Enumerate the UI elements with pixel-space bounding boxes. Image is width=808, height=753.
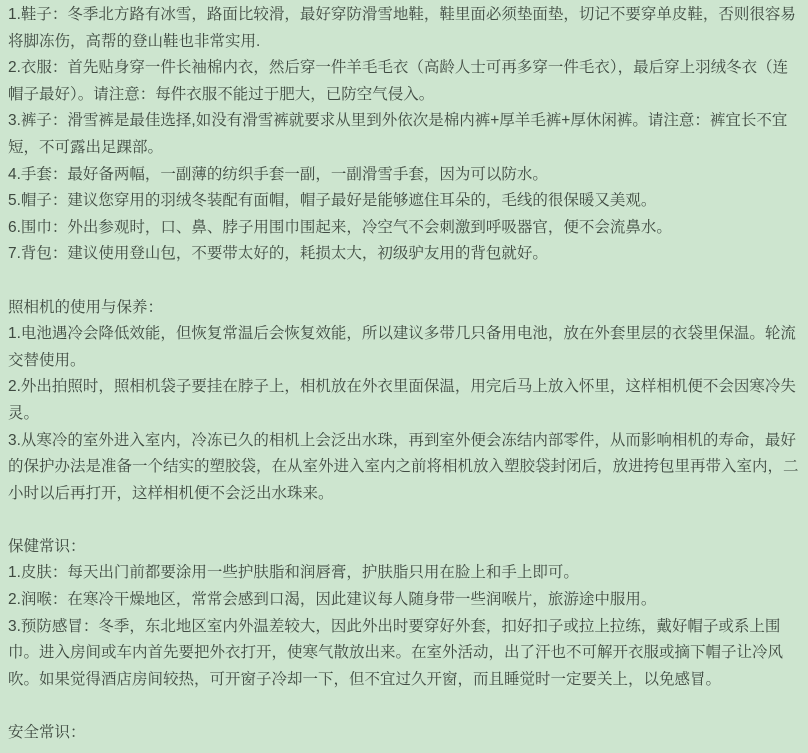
list-item: 1.鞋子：冬季北方路有冰雪，路面比较滑，最好穿防滑雪地鞋，鞋里面必须垫面垫，切记… bbox=[8, 2, 800, 55]
list-item: 2.衣服：首先贴身穿一件长袖棉内衣，然后穿一件羊毛毛衣（高龄人士可再多穿一件毛衣… bbox=[8, 55, 800, 108]
list-item: 5.帽子：建议您穿用的羽绒冬装配有面帽，帽子最好是能够遮住耳朵的，毛线的很保暖又… bbox=[8, 188, 800, 215]
list-item: 2.润喉：在寒冷干燥地区，常常会感到口渴，因此建议每人随身带一些润喉片，旅游途中… bbox=[8, 587, 800, 614]
section-safety-tips: 安全常识： bbox=[8, 720, 800, 747]
list-item: 6.围巾：外出参观时，口、鼻、脖子用围巾围起来，冷空气不会刺激到呼吸器官，便不会… bbox=[8, 215, 800, 242]
list-item: 4.手套：最好备两幅，一副薄的纺织手套一副，一副滑雪手套，因为可以防水。 bbox=[8, 162, 800, 189]
section-heading: 照相机的使用与保养： bbox=[8, 295, 800, 322]
section-health-tips: 保健常识： 1.皮肤：每天出门前都要涂用一些护肤脂和润唇膏，护肤脂只用在脸上和手… bbox=[8, 534, 800, 694]
list-item: 1.皮肤：每天出门前都要涂用一些护肤脂和润唇膏，护肤脂只用在脸上和手上即可。 bbox=[8, 560, 800, 587]
section-heading: 保健常识： bbox=[8, 534, 800, 561]
section-heading: 安全常识： bbox=[8, 720, 800, 747]
list-item: 3.裤子：滑雪裤是最佳选择,如没有滑雪裤就要求从里到外依次是棉内裤+厚羊毛裤+厚… bbox=[8, 108, 800, 161]
list-item: 3.预防感冒：冬季，东北地区室内外温差较大，因此外出时要穿好外套，扣好扣子或拉上… bbox=[8, 614, 800, 694]
list-item: 1.电池遇冷会降低效能，但恢复常温后会恢复效能，所以建议多带几只备用电池，放在外… bbox=[8, 321, 800, 374]
document-page: 1.鞋子：冬季北方路有冰雪，路面比较滑，最好穿防滑雪地鞋，鞋里面必须垫面垫，切记… bbox=[0, 0, 808, 753]
list-item: 2.外出拍照时，照相机袋子要挂在脖子上，相机放在外衣里面保温，用完后马上放入怀里… bbox=[8, 374, 800, 427]
section-winter-clothing: 1.鞋子：冬季北方路有冰雪，路面比较滑，最好穿防滑雪地鞋，鞋里面必须垫面垫，切记… bbox=[8, 2, 800, 268]
list-item: 7.背包：建议使用登山包，不要带太好的，耗损太大，初级驴友用的背包就好。 bbox=[8, 241, 800, 268]
list-item: 3.从寒冷的室外进入室内，冷冻已久的相机上会泛出水珠，再到室外便会冻结内部零件，… bbox=[8, 428, 800, 508]
section-camera-care: 照相机的使用与保养： 1.电池遇冷会降低效能，但恢复常温后会恢复效能，所以建议多… bbox=[8, 295, 800, 508]
